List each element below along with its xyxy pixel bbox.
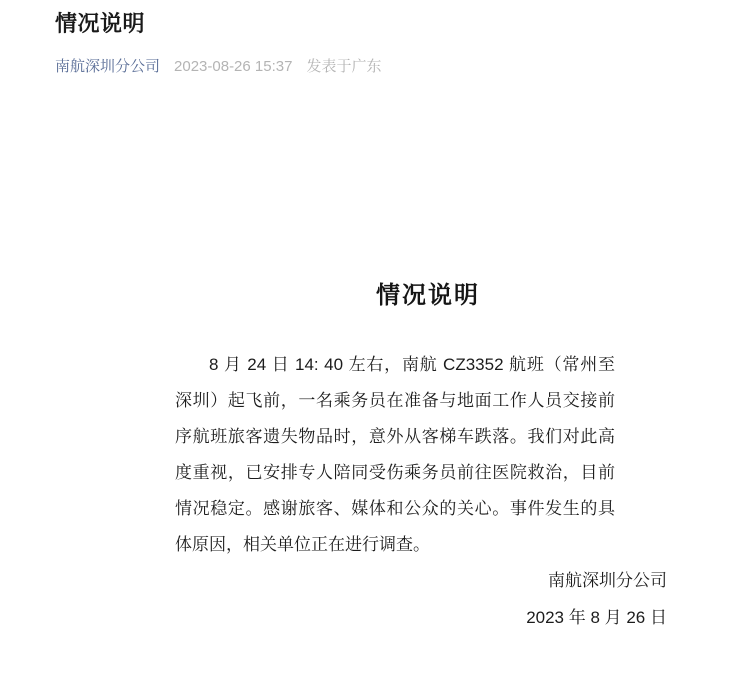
- statement-date: 2023 年 8 月 26 日: [175, 599, 667, 636]
- article-page: 情况说明 南航深圳分公司 2023-08-26 15:37 发表于广东 情况说明…: [0, 0, 750, 673]
- statement-signature: 南航深圳分公司: [175, 563, 667, 599]
- byline: 南航深圳分公司 2023-08-26 15:37 发表于广东: [55, 56, 381, 78]
- publish-timestamp: 2023-08-26 15:37: [174, 56, 292, 78]
- statement-body: 8 月 24 日 14: 40 左右，南航 CZ3352 航班（常州至深圳）起飞…: [175, 347, 615, 563]
- article-header: 情况说明: [55, 9, 145, 39]
- account-name-link[interactable]: 南航深圳分公司: [55, 56, 160, 78]
- statement-image: 情况说明 8 月 24 日 14: 40 左右，南航 CZ3352 航班（常州至…: [175, 281, 667, 636]
- publish-location: 发表于广东: [306, 56, 381, 78]
- article-title: 情况说明: [55, 9, 145, 39]
- statement-title: 情况说明: [189, 281, 667, 311]
